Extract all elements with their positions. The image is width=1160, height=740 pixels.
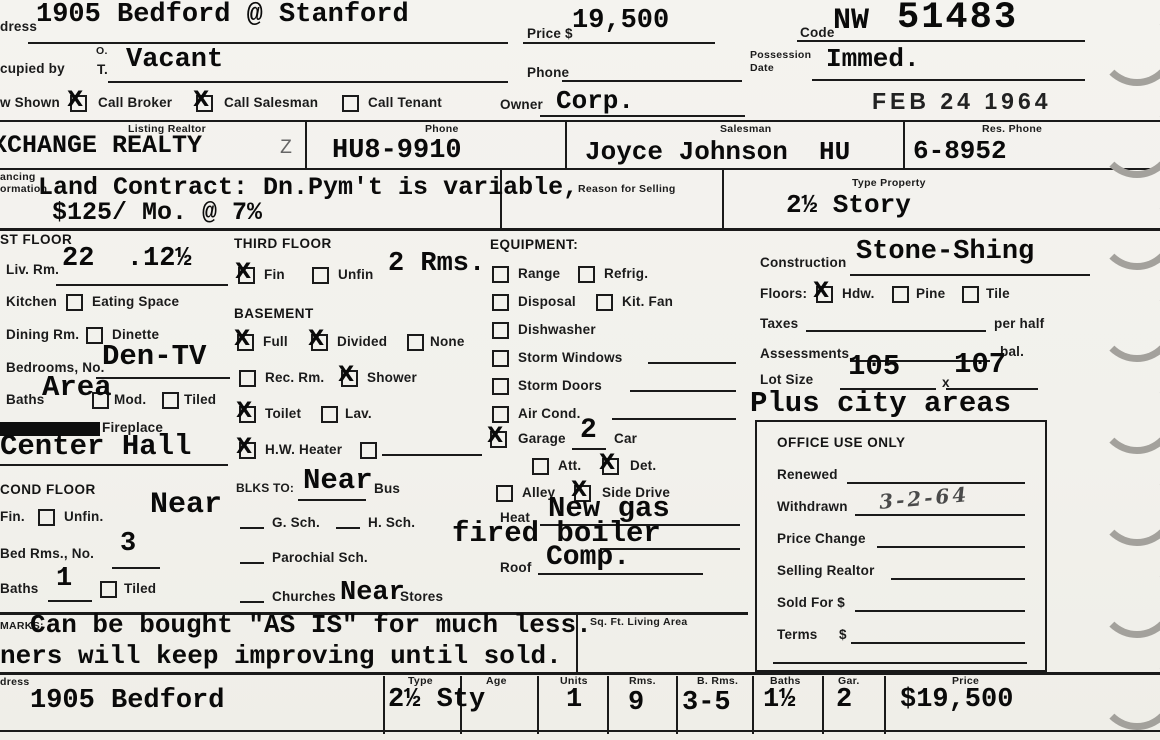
churches-label: Churches (272, 590, 336, 604)
salesman-label: Salesman (720, 124, 771, 135)
pencil-mark: Z (280, 137, 292, 160)
rooms-typed-3f: 2 Rms. (388, 251, 485, 278)
withdrawn-value: 3-2-64 (878, 482, 970, 514)
bus-distance-typed: Near (303, 466, 373, 495)
occupied-label: cupied by (0, 62, 65, 76)
bottom-address-label: dress (0, 677, 30, 688)
col-divider (676, 676, 678, 734)
living-room-line (56, 284, 228, 286)
phone-label: Phone (527, 66, 569, 80)
section-divider (0, 228, 1160, 231)
taxes-line (806, 330, 986, 332)
col-divider (752, 676, 754, 734)
toilet-label: Toilet (265, 407, 301, 421)
gsch-label: G. Sch. (272, 516, 320, 530)
cell-divider (903, 120, 905, 168)
sold-for-label: Sold For $ (777, 596, 845, 610)
hw-heater-label: H.W. Heater (265, 443, 342, 457)
bottom-border-line (0, 730, 1160, 732)
price-change-label: Price Change (777, 532, 866, 546)
col-divider (607, 676, 609, 734)
per-half-label: per half (994, 317, 1044, 331)
bedrooms-value: Den-TV (102, 342, 206, 371)
how-shown-label: w Shown (0, 96, 60, 110)
parochial-dash (240, 562, 264, 564)
type-col-value: 2½ Sty (388, 687, 485, 714)
possession-date-label: Date (750, 63, 774, 74)
refrig-label: Refrig. (604, 267, 648, 281)
x-mark: X (234, 328, 250, 349)
checkbox-range (492, 266, 509, 283)
living-room-value: 22 .12½ (62, 246, 192, 273)
address-value: 1905 Bedford @ Stanford (36, 2, 409, 29)
code-line (797, 40, 1085, 42)
checkbox-pine (892, 286, 909, 303)
parochial-label: Parochial Sch. (272, 551, 368, 565)
checkbox-det: X (602, 458, 619, 475)
checkbox-toilet: X (239, 406, 256, 423)
res-phone-label: Res. Phone (982, 124, 1042, 135)
checkbox-hw-heater: X (239, 442, 256, 459)
office-bottom-line (773, 662, 1027, 664)
checkbox-refrig (578, 266, 595, 283)
att-label: Att. (558, 459, 581, 473)
res-phone-value: 6-8952 (913, 138, 1007, 164)
age-col-label: Age (486, 676, 507, 687)
bedrooms-line (96, 377, 230, 379)
lot-width-value: 105 (848, 352, 900, 381)
x-mark: X (599, 452, 615, 473)
reason-selling-label: Reason for Selling (578, 184, 676, 195)
terms-dollar: $ (839, 628, 847, 642)
car-label: Car (614, 432, 637, 446)
air-cond-line (612, 418, 736, 420)
pine-label: Pine (916, 287, 945, 301)
churches-dash (240, 601, 264, 603)
taxes-label: Taxes (760, 317, 798, 331)
det-label: Det. (630, 459, 656, 473)
section-divider (0, 168, 1160, 170)
checkbox-call-salesman: X (196, 95, 213, 112)
bedrms-label-2f: Bed Rms., No. (0, 547, 94, 561)
construction-line (850, 274, 1090, 276)
terms-label: Terms (777, 628, 818, 642)
lav-label: Lav. (345, 407, 372, 421)
call-salesman-label: Call Salesman (224, 96, 318, 110)
checkbox-lav (321, 406, 338, 423)
kitchen-label: Kitchen (6, 295, 57, 309)
x-mark: X (338, 364, 354, 385)
hw-heater-line (382, 454, 482, 456)
col-divider (822, 676, 824, 734)
kit-fan-label: Kit. Fan (622, 295, 673, 309)
checkbox-none (407, 334, 424, 351)
bus-label: Bus (374, 482, 400, 496)
price-label: Price $ (527, 27, 573, 41)
checkbox-kit-fan (596, 294, 613, 311)
lot-size-label: Lot Size (760, 373, 813, 387)
range-label: Range (518, 267, 560, 281)
possession-value: Immed. (826, 46, 920, 72)
checkbox-alley (496, 485, 513, 502)
x-mark: X (236, 436, 252, 457)
checkbox-call-broker: X (70, 95, 87, 112)
eating-space-label: Eating Space (92, 295, 179, 309)
bottom-top-line (0, 672, 1160, 675)
gsch-distance-typed: Near (150, 490, 222, 520)
call-broker-label: Call Broker (98, 96, 172, 110)
x-mark: X (235, 261, 251, 282)
occupied-t-label: T. (97, 63, 108, 77)
phone-line (562, 80, 742, 82)
checkbox-fin-3f: X (238, 267, 255, 284)
x-mark: X (236, 400, 252, 421)
listing-card: dress 1905 Bedford @ Stanford Price $ 19… (0, 0, 1160, 740)
renewed-line (847, 482, 1025, 484)
floors-label: Floors: (760, 287, 807, 301)
checkbox-unfin-3f (312, 267, 329, 284)
storm-windows-line (648, 362, 736, 364)
fin-label-2f: Fin. (0, 510, 25, 524)
hsch-dash (336, 527, 360, 529)
checkbox-hdw: X (816, 286, 833, 303)
checkbox-divided: X (311, 334, 328, 351)
unfin-label-2f: Unfin. (64, 510, 103, 524)
withdrawn-label: Withdrawn (777, 500, 848, 514)
sqft-living-area-label: Sq. Ft. Living Area (590, 617, 688, 628)
shower-label: Shower (367, 371, 417, 385)
checkbox-storm-doors (492, 378, 509, 395)
hsch-label: H. Sch. (368, 516, 415, 530)
divided-label: Divided (337, 335, 387, 349)
mod-label: Mod. (114, 393, 146, 407)
checkbox-tiled-1f (162, 392, 179, 409)
construction-label: Construction (760, 256, 846, 270)
occupied-value: Vacant (126, 47, 223, 74)
stores-label: Stores (400, 590, 443, 604)
selling-realtor-label: Selling Realtor (777, 564, 875, 578)
checkbox-full: X (237, 334, 254, 351)
price-line (523, 42, 715, 44)
checkbox-storm-windows (492, 350, 509, 367)
checkbox-unfin-2f (38, 509, 55, 526)
bottom-address-value: 1905 Bedford (30, 688, 224, 715)
sold-for-line (855, 610, 1025, 612)
gar-col-value: 2 (836, 687, 852, 714)
basement-header: BASEMENT (234, 307, 314, 321)
units-col-value: 1 (566, 687, 582, 714)
x-mark: X (487, 425, 503, 446)
price-value: 19,500 (572, 8, 669, 35)
assessments-label: Assessments (760, 347, 849, 361)
roof-value: Comp. (546, 544, 630, 572)
checkbox-disposal (492, 294, 509, 311)
financing-label-1: ancing (0, 172, 36, 183)
disposal-label: Disposal (518, 295, 576, 309)
call-tenant-label: Call Tenant (368, 96, 442, 110)
equipment-header: EQUIPMENT: (490, 238, 578, 252)
checkbox-garage: X (490, 431, 507, 448)
punch-hole (1098, 8, 1160, 86)
section-divider (0, 120, 1160, 122)
withdrawn-line (855, 514, 1025, 516)
address-label: dress (0, 20, 37, 34)
baths-label: Baths (6, 393, 45, 407)
b-rms-col-label: B. Rms. (697, 676, 738, 687)
rec-rm-label: Rec. Rm. (265, 371, 324, 385)
baths-value-2f: 1 (56, 566, 72, 593)
construction-value: Stone-Shing (856, 239, 1034, 266)
renewed-label: Renewed (777, 468, 838, 482)
rms-col-label: Rms. (629, 676, 656, 687)
price-col-value: $19,500 (900, 687, 1013, 714)
baths-label-2f: Baths (0, 582, 39, 596)
occupied-o-label: O. (96, 46, 108, 57)
bedrms-value-2f: 3 (120, 531, 136, 558)
baths-line-2f (48, 600, 92, 602)
roof-line (538, 573, 703, 575)
checkbox-air-cond (492, 406, 509, 423)
storm-windows-label: Storm Windows (518, 351, 622, 365)
price-change-line (877, 546, 1025, 548)
salesman-value: Joyce Johnson HU (585, 139, 850, 165)
col-divider (537, 676, 539, 734)
checkbox-att (532, 458, 549, 475)
possession-line (812, 79, 1085, 81)
x-mark: X (813, 280, 829, 301)
baths-area-typed: Area (42, 373, 112, 402)
realtor-phone-value: HU8-9910 (332, 138, 462, 165)
gsch-dash (240, 527, 264, 529)
col-divider (884, 676, 886, 734)
code-prefix: NW (833, 6, 869, 36)
punch-hole (1098, 376, 1160, 454)
punch-hole (1098, 468, 1160, 546)
checkbox-dishwasher (492, 322, 509, 339)
cell-divider (305, 120, 307, 168)
checkbox-call-tenant (342, 95, 359, 112)
address-line (28, 42, 508, 44)
code-value: 51483 (897, 0, 1018, 37)
living-room-label: Liv. Rm. (6, 263, 59, 277)
roof-label: Roof (500, 561, 532, 575)
stores-distance-typed: Near (340, 580, 405, 607)
none-label: None (430, 335, 465, 349)
x-mark: X (308, 328, 324, 349)
x-mark: X (67, 89, 83, 110)
checkbox-shower: X (341, 370, 358, 387)
col-divider (383, 676, 385, 734)
punch-hole (1098, 652, 1160, 730)
financing-line1: Land Contract: Dn.Pym't is variable, (38, 175, 578, 200)
checkbox-tile (962, 286, 979, 303)
fireplace-line (0, 464, 228, 466)
dining-room-label: Dining Rm. (6, 328, 79, 342)
garage-label: Garage (518, 432, 566, 446)
checkbox-rec-rm (239, 370, 256, 387)
terms-line (851, 642, 1025, 644)
tile-label: Tile (986, 287, 1010, 301)
b-rms-col-value: 3-5 (682, 690, 731, 717)
garage-count: 2 (580, 417, 597, 445)
hdw-label: Hdw. (842, 287, 875, 301)
office-use-box: OFFICE USE ONLY Renewed Withdrawn 3-2-64… (755, 420, 1047, 672)
checkbox-dinette (86, 327, 103, 344)
tiled-label-1f: Tiled (184, 393, 216, 407)
cell-divider (722, 168, 724, 228)
full-label: Full (263, 335, 288, 349)
remarks-line-2: ners will keep improving until sold. (0, 643, 562, 669)
storm-doors-line (630, 390, 736, 392)
punch-hole (1098, 560, 1160, 638)
listing-realtor-value: XCHANGE REALTY (0, 133, 202, 158)
type-property-label: Type Property (852, 178, 926, 189)
punch-hole (1098, 192, 1160, 270)
code-label: Code (800, 26, 835, 40)
second-floor-header: COND FLOOR (0, 483, 96, 497)
owner-value: Corp. (556, 88, 634, 114)
bus-line (298, 499, 366, 501)
checkbox-hw-extra (360, 442, 377, 459)
cell-divider (565, 120, 567, 168)
occupied-line (108, 81, 508, 83)
plus-city-areas-typed: Plus city areas (750, 389, 1011, 418)
possession-label: Possession (750, 50, 811, 61)
x-mark: X (193, 89, 209, 110)
checkbox-tiled-2f (100, 581, 117, 598)
air-cond-label: Air Cond. (518, 407, 581, 421)
bedrms-line-2f (112, 567, 160, 569)
rms-col-value: 9 (628, 690, 644, 717)
unfin-label-3f: Unfin (338, 268, 374, 282)
punch-hole (1098, 284, 1160, 362)
type-property-value: 2½ Story (786, 192, 911, 218)
fin-label-3f: Fin (264, 268, 285, 282)
financing-line2: $125/ Mo. @ 7% (52, 200, 262, 225)
checkbox-eating-space (66, 294, 83, 311)
dishwasher-label: Dishwasher (518, 323, 596, 337)
blks-to-label: BLKS TO: (236, 482, 294, 494)
lot-height-value: 107 (954, 350, 1006, 379)
selling-realtor-line (891, 578, 1025, 580)
baths-col-value: 1½ (763, 687, 795, 714)
storm-doors-label: Storm Doors (518, 379, 602, 393)
date-stamp: FEB 24 1964 (872, 90, 1052, 113)
third-floor-header: THIRD FLOOR (234, 237, 332, 251)
tiled-label-2f: Tiled (124, 582, 156, 596)
punch-hole (1098, 100, 1160, 178)
office-use-title: OFFICE USE ONLY (777, 436, 906, 450)
remarks-line-1: Can be bought "AS IS" for much less. (30, 612, 592, 638)
fireplace-value: Center Hall (0, 432, 191, 461)
owner-label: Owner (500, 98, 543, 112)
realtor-phone-label: Phone (425, 124, 459, 135)
